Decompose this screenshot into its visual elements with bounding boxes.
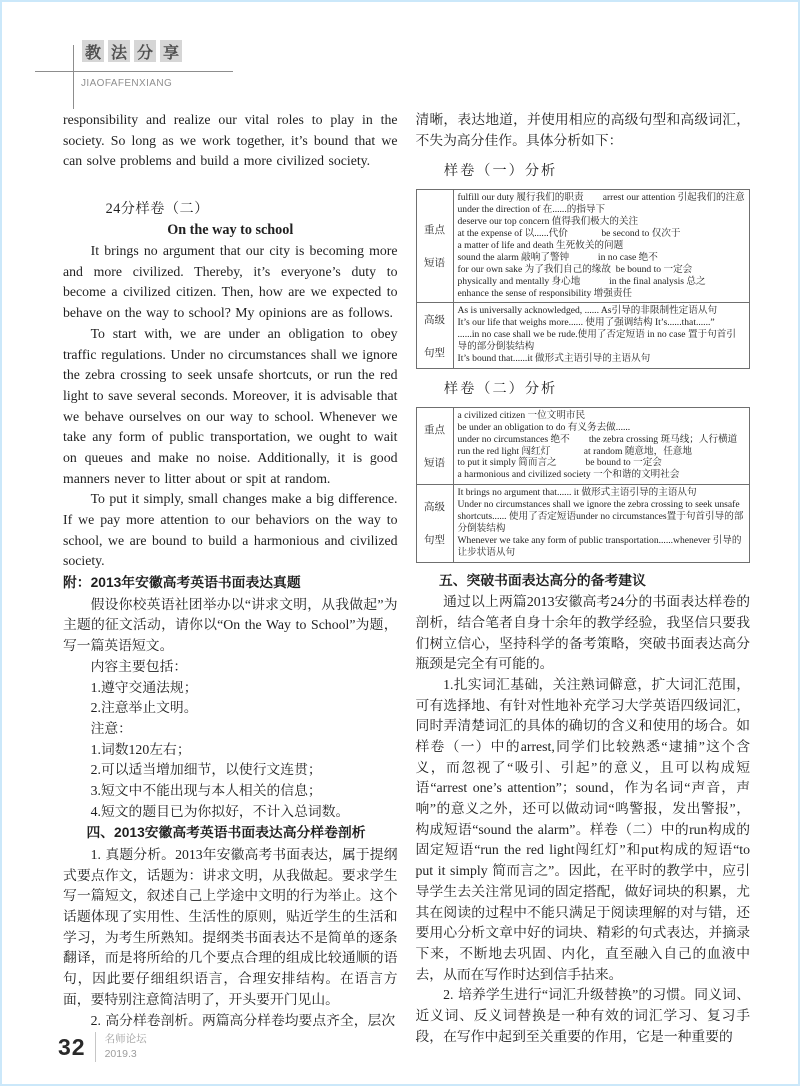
row-label-text: 短语	[424, 255, 445, 270]
header-vertical-rule	[73, 45, 74, 109]
table-row: 重点 短语 fulfill our duty 履行我们的职责 arrest ou…	[416, 190, 750, 303]
key-phrases-content: a civilized citizen 一位文明市民 be under an o…	[453, 407, 750, 484]
body-paragraph: responsibility and realize our vital rol…	[63, 110, 398, 172]
note-line: 1.遵守交通法规；	[63, 678, 398, 699]
page-header: 教 法 分 享 JIAOFAFENXIANG	[2, 2, 798, 110]
journal-name: 名师论坛	[105, 1032, 147, 1047]
article-body: responsibility and realize our vital rol…	[2, 110, 798, 1047]
table1-heading: 样卷（一）分析	[416, 160, 751, 180]
note-line: 2.注意举止文明。	[63, 698, 398, 719]
row-label-text: 句型	[424, 345, 445, 360]
essay-title: On the way to school	[63, 222, 398, 239]
logo-char: 享	[160, 40, 182, 62]
advanced-patterns-content: It brings no argument that...... it 做形式主…	[453, 485, 750, 562]
logo-pinyin: JIAOFAFENXIANG	[81, 78, 172, 89]
body-paragraph: 2. 高分样卷剖析。两篇高分样卷均要点齐全，层次	[63, 1011, 398, 1032]
table-row: 重点 短语 a civilized citizen 一位文明市民 be unde…	[416, 407, 750, 484]
attachment-heading: 附：2013年安徽高考英语书面表达真题	[63, 573, 398, 594]
note-line: 内容主要包括：	[63, 657, 398, 678]
logo-char: 法	[108, 40, 130, 62]
magazine-page: 教 法 分 享 JIAOFAFENXIANG responsibility an…	[0, 0, 800, 1086]
journal-info: 名师论坛 2019.3	[105, 1032, 147, 1061]
row-label-advanced-patterns: 高级 句型	[416, 485, 453, 562]
sample2-analysis-table: 重点 短语 a civilized citizen 一位文明市民 be unde…	[416, 407, 751, 563]
page-number: 32	[58, 1034, 86, 1061]
page-footer: 32 名师论坛 2019.3	[58, 1032, 147, 1062]
body-paragraph: 1.扎实词汇基础，关注熟词僻意，扩大词汇范围，可有选择地、有针对性地补充学习大学…	[416, 675, 751, 985]
section-heading-4: 四、2013安徽高考英语书面表达高分样卷剖析	[63, 823, 398, 844]
essay-paragraph: It brings no argument that our city is b…	[63, 241, 398, 324]
row-label-text: 重点	[424, 222, 445, 237]
column-logo: 教 法 分 享	[82, 40, 182, 62]
journal-issue: 2019.3	[105, 1047, 147, 1062]
row-label-key-phrases: 重点 短语	[416, 407, 453, 484]
logo-char: 分	[134, 40, 156, 62]
note-line: 1.词数120左右；	[63, 740, 398, 761]
note-line: 注意：	[63, 719, 398, 740]
note-line: 3.短文中不能出现与本人相关的信息；	[63, 781, 398, 802]
section-heading-5: 五、突破书面表达高分的备考建议	[416, 571, 751, 592]
body-paragraph: 清晰，表达地道，并使用相应的高级句型和高级词汇，不失为高分佳作。具体分析如下：	[416, 110, 751, 151]
row-label-key-phrases: 重点 短语	[416, 190, 453, 303]
sample-essay-heading: 24分样卷（二）	[63, 198, 398, 218]
note-line: 2.可以适当增加细节，以使行文连贯；	[63, 760, 398, 781]
left-column: responsibility and realize our vital rol…	[63, 110, 398, 1047]
row-label-advanced-patterns: 高级 句型	[416, 303, 453, 368]
body-paragraph: 通过以上两篇2013安徽高考24分的书面表达样卷的剖析，结合笔者自身十余年的教学…	[416, 592, 751, 675]
logo-char: 教	[82, 40, 104, 62]
table-row: 高级 句型 It brings no argument that...... i…	[416, 485, 750, 562]
right-column: 清晰，表达地道，并使用相应的高级句型和高级词汇，不失为高分佳作。具体分析如下： …	[416, 110, 751, 1047]
sample1-analysis-table: 重点 短语 fulfill our duty 履行我们的职责 arrest ou…	[416, 189, 751, 368]
row-label-text: 重点	[424, 422, 445, 437]
body-paragraph: 1. 真题分析。2013年安徽高考书面表达，属于提纲式要点作文，话题为：讲求文明…	[63, 845, 398, 1011]
essay-paragraph: To put it simply, small changes make a b…	[63, 489, 398, 572]
key-phrases-content: fulfill our duty 履行我们的职责 arrest our atte…	[453, 190, 750, 303]
row-label-text: 句型	[424, 532, 445, 547]
table-row: 高级 句型 As is universally acknowledged, ..…	[416, 303, 750, 368]
essay-paragraph: To start with, we are under an obligatio…	[63, 324, 398, 490]
footer-divider	[95, 1032, 96, 1062]
body-paragraph: 2. 培养学生进行“词汇升级替换”的习惯。同义词、近义词、反义词替换是一种有效的…	[416, 985, 751, 1047]
note-line: 4.短文的题目已为你拟好，不计入总词数。	[63, 802, 398, 823]
row-label-text: 高级	[424, 312, 445, 327]
advanced-patterns-content: As is universally acknowledged, ...... A…	[453, 303, 750, 368]
header-horizontal-rule	[35, 71, 233, 72]
table2-heading: 样卷（二）分析	[416, 378, 751, 398]
body-paragraph: 假设你校英语社团举办以“讲求文明，从我做起”为主题的征文活动，请你以“On th…	[63, 595, 398, 657]
row-label-text: 高级	[424, 499, 445, 514]
row-label-text: 短语	[424, 455, 445, 470]
